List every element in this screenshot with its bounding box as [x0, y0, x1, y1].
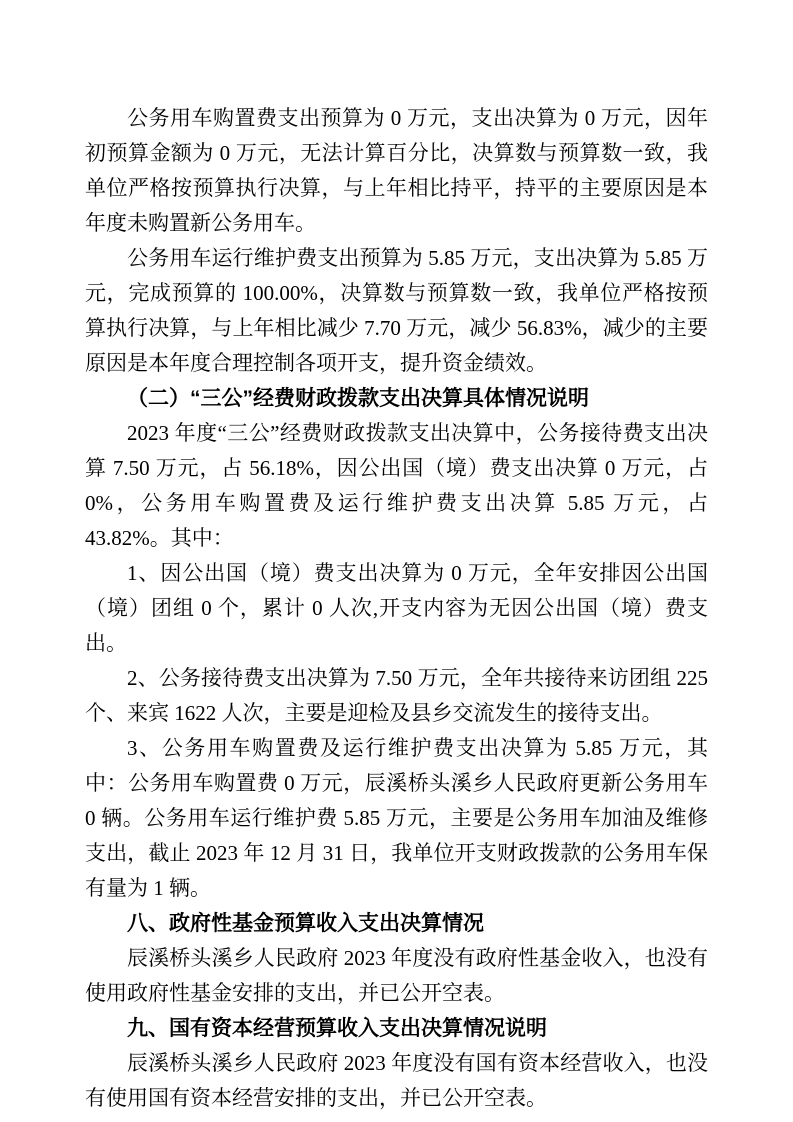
paragraph-government-fund-statement: 辰溪桥头溪乡人民政府 2023 年度没有政府性基金收入，也没有使用政府性基金安排…	[85, 941, 708, 1011]
list-item-official-reception-expense: 2、公务接待费支出决算为 7.50 万元，全年共接待来访团组 225 个、来宾 …	[85, 661, 708, 731]
paragraph-state-capital-statement: 辰溪桥头溪乡人民政府 2023 年度没有国有资本经营收入，也没有使用国有资本经营…	[85, 1046, 708, 1116]
paragraph-three-public-expense-summary: 2023 年度“三公”经费财政拨款支出决算中，公务接待费支出决算 7.50 万元…	[85, 416, 708, 556]
list-item-vehicle-purchase-maintenance-expense: 3、公务用车购置费及运行维护费支出决算为 5.85 万元，其中：公务用车购置费 …	[85, 731, 708, 906]
section-heading-three-public-expense-details: （二）“三公”经费财政拨款支出决算具体情况说明	[85, 381, 708, 416]
document-page: 公务用车购置费支出预算为 0 万元，支出决算为 0 万元，因年初预算金额为 0 …	[0, 0, 793, 1122]
paragraph-vehicle-maintenance-budget: 公务用车运行维护费支出预算为 5.85 万元，支出决算为 5.85 万元，完成预…	[85, 241, 708, 381]
section-heading-government-fund-budget: 八、政府性基金预算收入支出决算情况	[85, 906, 708, 941]
paragraph-vehicle-purchase-budget: 公务用车购置费支出预算为 0 万元，支出决算为 0 万元，因年初预算金额为 0 …	[85, 101, 708, 241]
list-item-overseas-travel-expense: 1、因公出国（境）费支出决算为 0 万元，全年安排因公出国（境）团组 0 个，累…	[85, 556, 708, 661]
section-heading-state-capital-budget: 九、国有资本经营预算收入支出决算情况说明	[85, 1011, 708, 1046]
